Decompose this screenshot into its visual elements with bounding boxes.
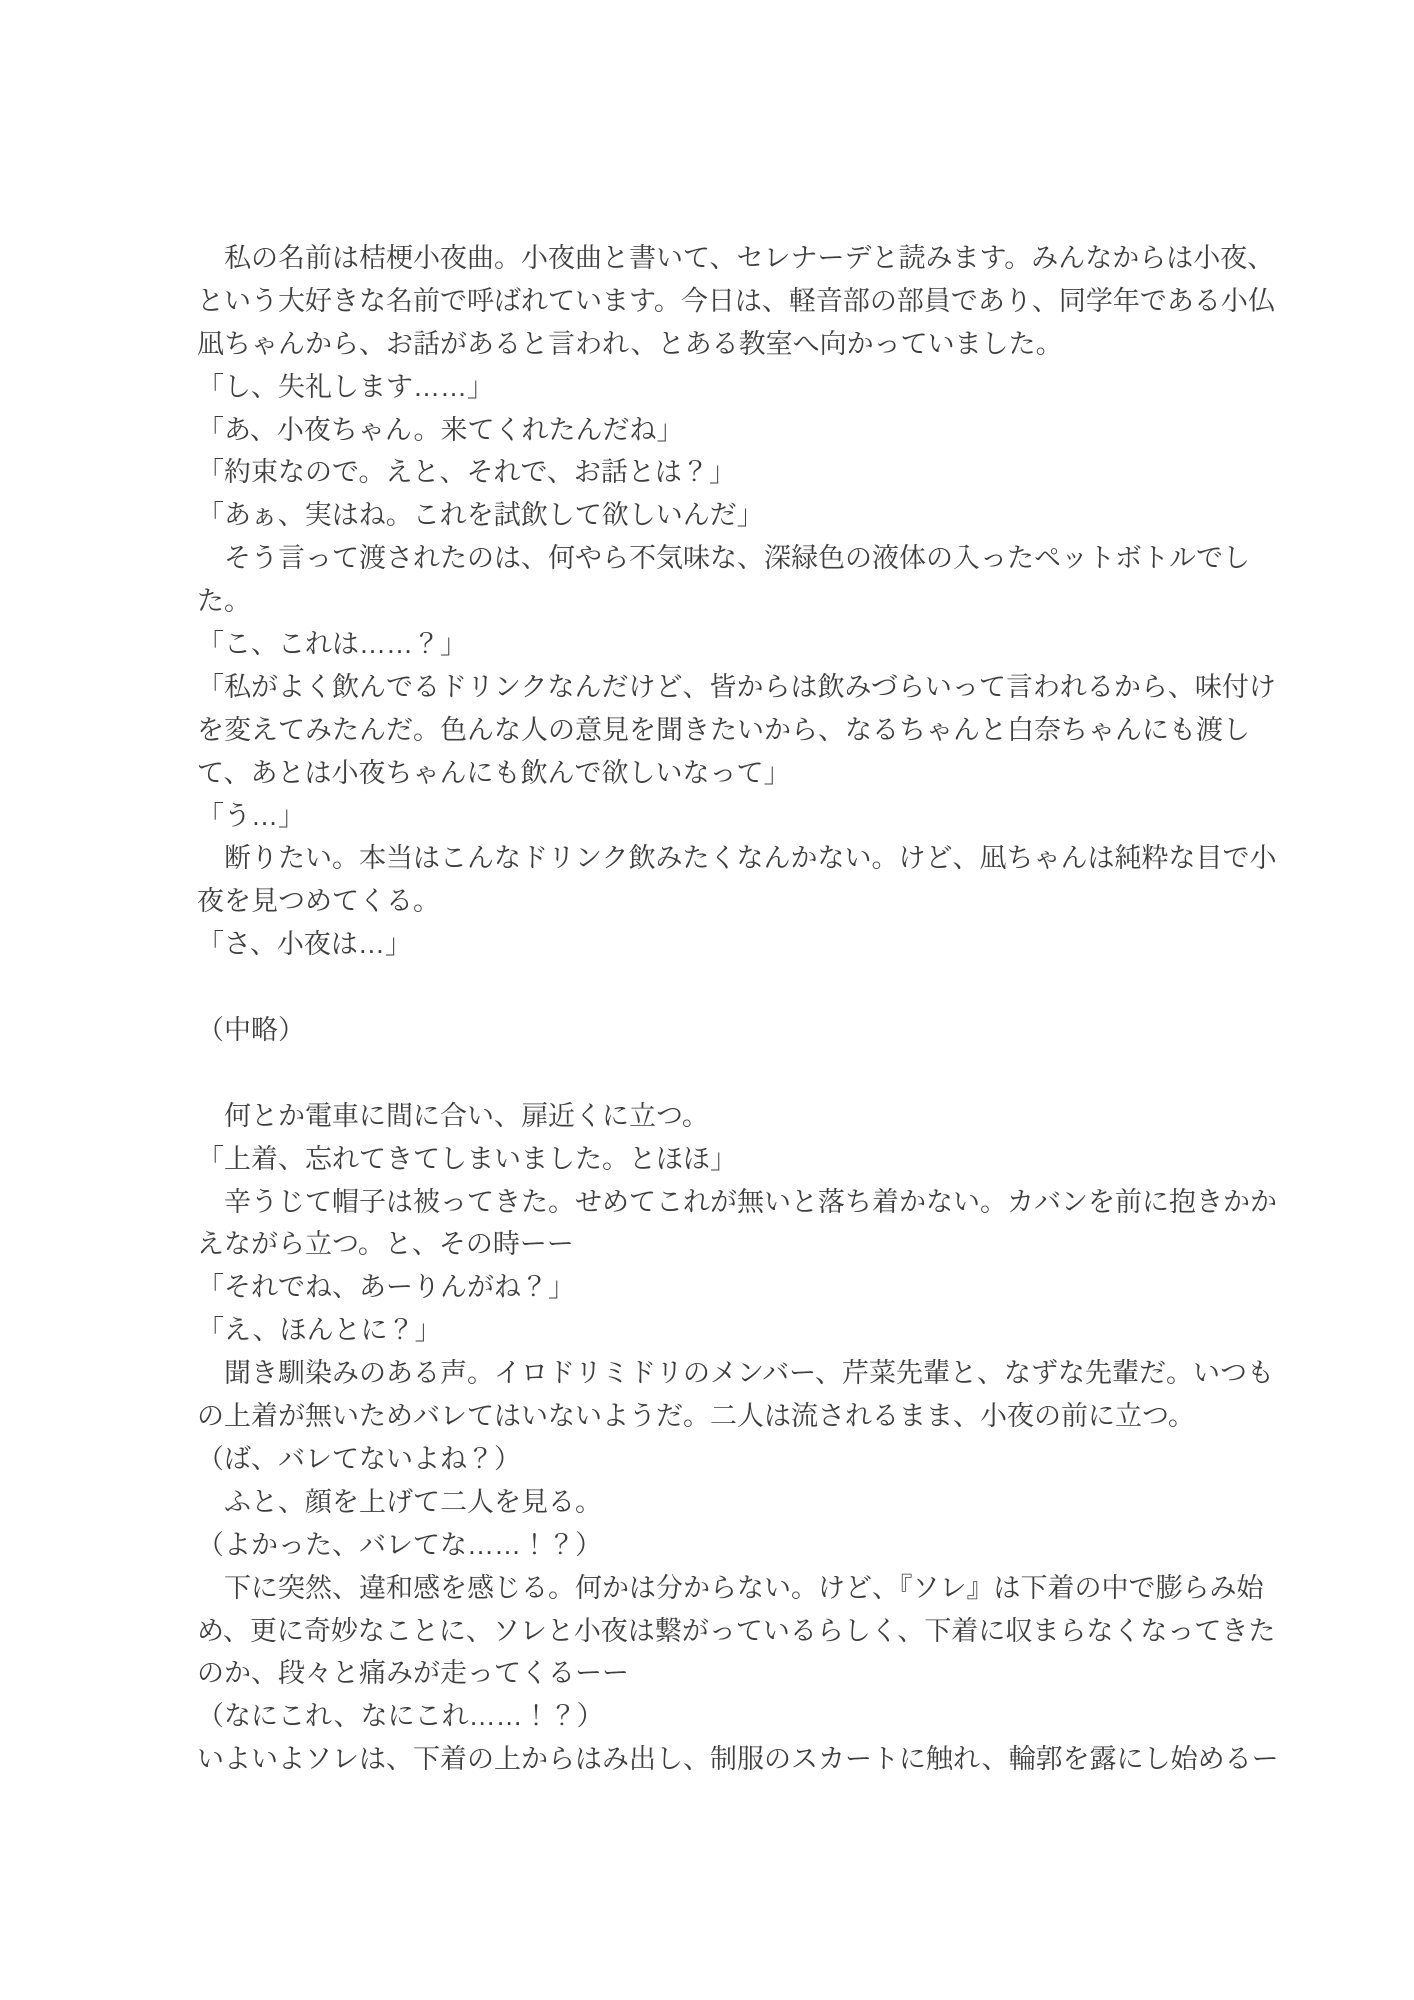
text-line: （ば、バレてないよね？） bbox=[197, 1438, 1297, 1481]
text-line: 「私がよく飲んでるドリンクなんだけど、皆からは飲みづらいって言われるから、味付け bbox=[197, 666, 1297, 709]
text-line bbox=[197, 1052, 1297, 1095]
text-line: 「さ、小夜は…」 bbox=[197, 923, 1297, 966]
text-line: 凪ちゃんから、お話があると言われ、とある教室へ向かっていました。 bbox=[197, 323, 1297, 366]
text-line: （よかった、バレてな……！？） bbox=[197, 1524, 1297, 1567]
text-line: 下に突然、違和感を感じる。何かは分からない。けど、『ソレ』は下着の中で膨らみ始 bbox=[197, 1567, 1297, 1610]
text-line: 「上着、忘れてきてしまいました。とほほ」 bbox=[197, 1138, 1297, 1181]
text-line: のか、段々と痛みが走ってくるーー bbox=[197, 1652, 1297, 1695]
text-line: の上着が無いためバレてはいないようだ。二人は流されるまま、小夜の前に立つ。 bbox=[197, 1395, 1297, 1438]
text-line: 「あ、小夜ちゃん。来てくれたんだね」 bbox=[197, 409, 1297, 452]
text-line: （なにこれ、なにこれ……！？） bbox=[197, 1695, 1297, 1738]
text-line: （中略） bbox=[197, 1009, 1297, 1052]
text-line: ふと、顔を上げて二人を見る。 bbox=[197, 1481, 1297, 1524]
text-line: という大好きな名前で呼ばれています。今日は、軽音部の部員であり、同学年である小仏 bbox=[197, 280, 1297, 323]
text-line: 何とか電車に間に合い、扉近くに立つ。 bbox=[197, 1095, 1297, 1138]
text-line: て、あとは小夜ちゃんにも飲んで欲しいなって」 bbox=[197, 752, 1297, 795]
text-line: そう言って渡されたのは、何やら不気味な、深緑色の液体の入ったペットボトルでし bbox=[197, 537, 1297, 580]
text-line: 「こ、これは……？」 bbox=[197, 623, 1297, 666]
text-line: 「う…」 bbox=[197, 795, 1297, 838]
text-line: いよいよソレは、下着の上からはみ出し、制服のスカートに触れ、輪郭を露にし始めるー bbox=[197, 1738, 1297, 1781]
text-line: 断りたい。本当はこんなドリンク飲みたくなんかない。けど、凪ちゃんは純粋な目で小 bbox=[197, 837, 1297, 880]
text-line bbox=[197, 966, 1297, 1009]
document-page: 私の名前は桔梗小夜曲。小夜曲と書いて、セレナーデと読みます。みんなからは小夜、と… bbox=[0, 0, 1414, 2000]
text-line: 「あぁ、実はね。これを試飲して欲しいんだ」 bbox=[197, 494, 1297, 537]
text-line: 聞き馴染みのある声。イロドリミドリのメンバー、芹菜先輩と、なずな先輩だ。いつも bbox=[197, 1352, 1297, 1395]
text-line: 「え、ほんとに？」 bbox=[197, 1309, 1297, 1352]
text-line: 「し、失礼します……」 bbox=[197, 366, 1297, 409]
text-line: め、更に奇妙なことに、ソレと小夜は繋がっているらしく、下着に収まらなくなってきた bbox=[197, 1610, 1297, 1653]
text-line: を変えてみたんだ。色んな人の意見を聞きたいから、なるちゃんと白奈ちゃんにも渡し bbox=[197, 709, 1297, 752]
body-text: 私の名前は桔梗小夜曲。小夜曲と書いて、セレナーデと読みます。みんなからは小夜、と… bbox=[197, 237, 1297, 1781]
text-line: 「それでね、あーりんがね？」 bbox=[197, 1266, 1297, 1309]
text-line: 辛うじて帽子は被ってきた。せめてこれが無いと落ち着かない。カバンを前に抱きかか bbox=[197, 1181, 1297, 1224]
text-line: た。 bbox=[197, 580, 1297, 623]
text-line: えながら立つ。と、その時ーー bbox=[197, 1223, 1297, 1266]
text-line: 私の名前は桔梗小夜曲。小夜曲と書いて、セレナーデと読みます。みんなからは小夜、 bbox=[197, 237, 1297, 280]
text-line: 「約束なので。えと、それで、お話とは？」 bbox=[197, 451, 1297, 494]
text-line: 夜を見つめてくる。 bbox=[197, 880, 1297, 923]
